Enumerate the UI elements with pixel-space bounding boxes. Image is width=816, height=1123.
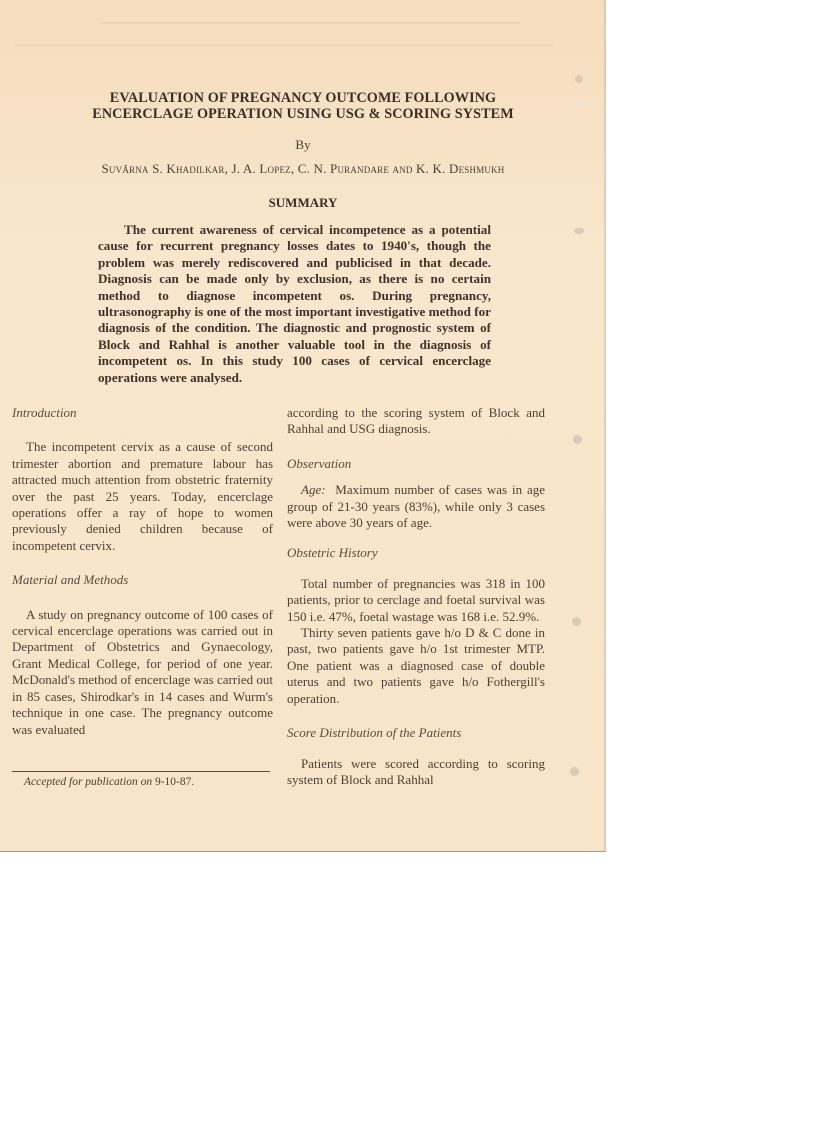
- introduction-paragraph: The incompetent cervix as a cause of sec…: [12, 439, 273, 554]
- show-through-text: [100, 22, 520, 24]
- methods-paragraph: A study on pregnancy outcome of 100 case…: [12, 607, 273, 738]
- obstetric-history-heading: Obstetric History: [287, 545, 545, 561]
- paper-speck: [575, 75, 583, 83]
- show-through-text: [15, 44, 555, 46]
- age-text: Maximum number of cases was in age group…: [287, 482, 545, 530]
- scanned-page: EVALUATION OF PREGNANCY OUTCOME FOLLOWIN…: [0, 0, 606, 852]
- footnote: Accepted for publication on 9-10-87.: [24, 776, 194, 788]
- right-column: according to the scoring system of Block…: [287, 405, 545, 788]
- byline-label: By: [0, 137, 606, 153]
- continuation-paragraph: according to the scoring system of Block…: [287, 405, 545, 438]
- score-distribution-heading: Score Distribution of the Patients: [287, 725, 545, 741]
- article-title-line-1: EVALUATION OF PREGNANCY OUTCOME FOLLOWIN…: [0, 90, 606, 107]
- footnote-divider: [12, 771, 270, 772]
- author-list: Suvârna S. Khadilkar, J. A. Lopez, C. N.…: [0, 161, 606, 177]
- age-paragraph: Age: Maximum number of cases was in age …: [287, 482, 545, 531]
- article-title-line-2: ENCERCLAGE OPERATION USING USG & SCORING…: [0, 106, 606, 123]
- summary-text: The current awareness of cervical incomp…: [98, 222, 491, 386]
- age-label: Age:: [301, 482, 326, 497]
- paper-speck: [572, 617, 581, 626]
- observation-heading: Observation: [287, 456, 545, 472]
- left-column: Introduction The incompetent cervix as a…: [12, 405, 273, 738]
- obstetric-paragraph-1: Total number of pregnancies was 318 in 1…: [287, 576, 545, 625]
- methods-heading: Material and Methods: [12, 572, 273, 588]
- footnote-date: 9-10-87.: [155, 776, 194, 788]
- paper-speck: [570, 767, 579, 776]
- obstetric-paragraph-2: Thirty seven patients gave h/o D & C don…: [287, 625, 545, 707]
- summary-heading: SUMMARY: [0, 195, 606, 211]
- score-paragraph: Patients were scored according to scorin…: [287, 756, 545, 789]
- footnote-label: Accepted for publication on: [24, 776, 152, 788]
- introduction-heading: Introduction: [12, 405, 273, 421]
- paper-speck: [573, 435, 582, 444]
- paper-speck: [574, 228, 584, 234]
